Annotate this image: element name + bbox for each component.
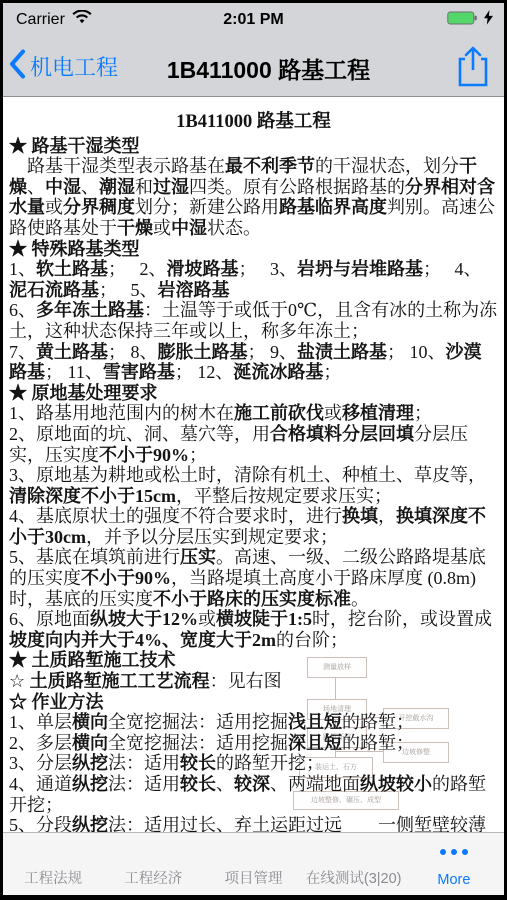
content-paragraphs: ★ 路基干湿类型 路基干湿类型表示路基在最不利季节的干湿状态，划分干燥、中湿、潮… xyxy=(9,136,498,833)
content-paragraph: 3、分层纵挖法：适用较长的路堑开挖； xyxy=(9,753,498,774)
tab-label: 工程法规 xyxy=(24,867,82,888)
content-paragraph: 3、原地基为耕地或松土时，清除有机土、种植土、草皮等，清除深度不小于15cm，平… xyxy=(9,465,498,506)
content-paragraph: ★ 特殊路基类型 xyxy=(9,239,498,260)
tab-more[interactable]: More xyxy=(404,833,504,895)
share-icon xyxy=(455,76,491,93)
chevron-left-icon xyxy=(9,49,26,84)
screen-edge-left xyxy=(0,0,3,900)
ellipsis-icon xyxy=(440,849,468,855)
status-right xyxy=(447,10,494,30)
content-paragraph: 6、原地面纵坡大于12%或横坡陡于1:5时，挖台阶，或设置成坡度向内并大于4%、… xyxy=(9,609,498,650)
nav-bar: 机电工程 1B411000 路基工程 xyxy=(3,39,504,96)
clock: 2:01 PM xyxy=(3,11,504,29)
tab-label: 工程经济 xyxy=(124,867,182,888)
content-paragraph: 4、基底原状土的强度不符合要求时，进行换填，换填深度不小于30cm，并予以分层压… xyxy=(9,506,498,547)
charging-bolt-icon xyxy=(483,10,494,30)
screen-edge-bottom xyxy=(0,895,507,900)
content-paragraph: 路基干湿类型表示路基在最不利季节的干湿状态，划分干燥、中湿、潮湿和过湿四类。原有… xyxy=(9,156,498,238)
tab-bar: 工程法规工程经济项目管理在线测试(3|20)More xyxy=(3,832,504,895)
content-paragraph: 6、多年冻土路基：土温等于或低于0℃，且含有冰的土称为冻土，这种状态保持三年或以… xyxy=(9,300,498,341)
tab-label: 项目管理 xyxy=(225,867,283,888)
tab-label: 在线测试(3|20) xyxy=(306,867,402,888)
iphone-screen: Carrier 2:01 PM xyxy=(0,0,507,900)
content-paragraph: ☆ 作业方法 xyxy=(9,692,498,713)
battery-icon xyxy=(447,11,480,30)
tab-project-management[interactable]: 项目管理 xyxy=(203,833,303,895)
share-button[interactable] xyxy=(455,45,491,94)
tab-online-test[interactable]: 在线测试(3|20) xyxy=(304,833,404,895)
status-bar: Carrier 2:01 PM xyxy=(3,3,504,39)
content-paragraph: ☆ 土质路堑施工工艺流程：见右图 xyxy=(9,671,498,692)
content-paragraph: 2、原地面的坑、洞、墓穴等，用合格填料分层回填分层压实，压实度不小于90%； xyxy=(9,424,498,465)
content-paragraph: 1、单层横向全宽挖掘法：适用挖掘浅且短的路堑； xyxy=(9,712,498,733)
screen-edge-top xyxy=(0,0,507,3)
content-paragraph: 7、黄土路基； 8、膨胀土路基； 9、盐渍土路基； 10、沙漠路基； 11、雪害… xyxy=(9,342,498,383)
top-chrome: Carrier 2:01 PM xyxy=(3,3,504,97)
tab-engineering-economics[interactable]: 工程经济 xyxy=(103,833,203,895)
content-paragraph: ★ 原地基处理要求 xyxy=(9,383,498,404)
content-area[interactable]: 1B411000 路基工程 ★ 路基干湿类型 路基干湿类型表示路基在最不利季节的… xyxy=(3,97,504,833)
content-paragraph: 4、通道纵挖法：适用较长、较深、两端地面纵坡较小的路堑开挖； xyxy=(9,774,498,815)
tab-label: More xyxy=(437,872,470,888)
content-paragraph: 1、路基用地范围内的树木在施工前砍伐或移植清理； xyxy=(9,403,498,424)
tab-engineering-regulations[interactable]: 工程法规 xyxy=(3,833,103,895)
content-paragraph: 5、基底在填筑前进行压实。高速、一级、二级公路路堤基底的压实度不小于90%，当路… xyxy=(9,547,498,609)
page-title: 1B411000 路基工程 xyxy=(93,52,444,85)
content-paragraph: ★ 路基干湿类型 xyxy=(9,136,498,157)
content-paragraph: 1、软土路基； 2、滑坡路基； 3、岩坍与岩堆路基； 4、泥石流路基； 5、岩溶… xyxy=(9,259,498,300)
document-title: 1B411000 路基工程 xyxy=(9,97,498,136)
content-paragraph: ★ 土质路堑施工技术 xyxy=(9,650,498,671)
content-paragraph: 2、多层横向全宽挖掘法：适用挖掘深且短的路堑； xyxy=(9,733,498,754)
content-paragraph: 5、分段纵挖法：适用过长、弃土运距过远 一侧堑壁较薄的傍 xyxy=(9,815,498,833)
